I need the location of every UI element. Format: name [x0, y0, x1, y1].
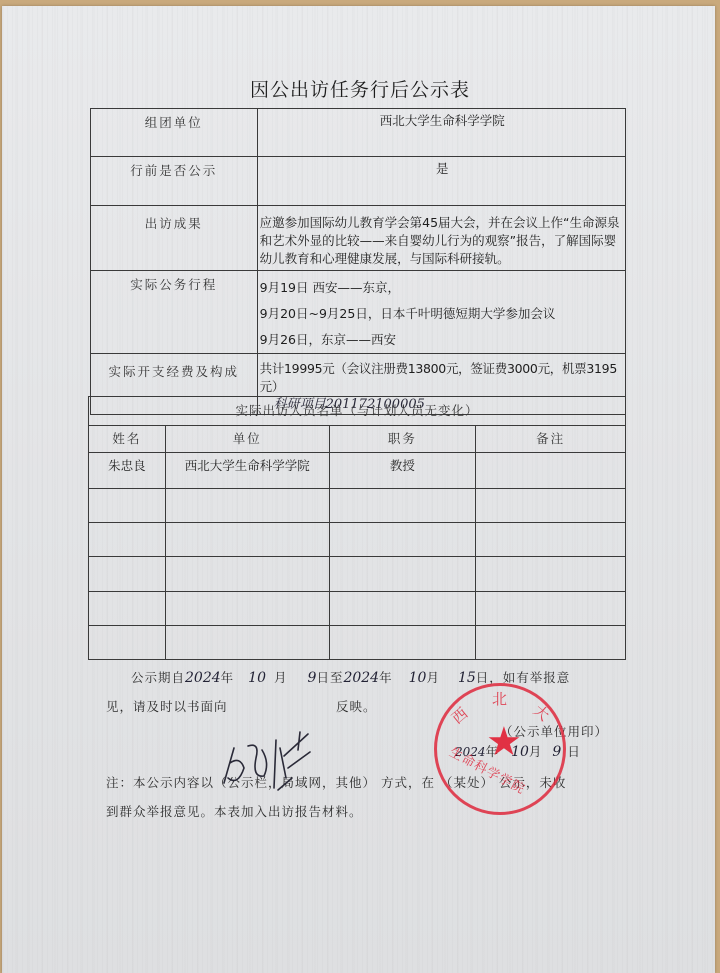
start-year-handwritten: 2024	[185, 670, 221, 686]
month-char: 月	[274, 670, 288, 685]
col-remarks: 备注	[476, 426, 626, 453]
personnel-table: 实际出访人员名单（与计划人员无变化） 姓名 单位 职务 备注 朱忠良 西北大学生…	[88, 396, 626, 660]
cell-position	[329, 626, 476, 660]
cell-unit	[165, 592, 329, 626]
label-itinerary: 实际公务行程	[91, 271, 258, 354]
end-month-handwritten: 10	[409, 670, 427, 686]
notice-mid: 日至	[316, 670, 343, 685]
cell-position	[329, 557, 476, 592]
cell-unit: 西北大学生命科学学院	[165, 453, 329, 489]
table-row	[89, 626, 626, 660]
notice-line-2a: 见，请及时以书面向	[106, 697, 228, 715]
label-organizer: 组团单位	[91, 109, 258, 157]
label-pre-publicized: 行前是否公示	[91, 157, 258, 206]
value-results: 应邀参加国际幼儿教育学会第45届大会，并在会议上作“生命源泉和艺术外显的比较——…	[257, 206, 625, 271]
year-char: 年	[379, 670, 393, 685]
document-title: 因公出访任务行后公示表	[0, 75, 720, 102]
end-year-handwritten: 2024	[343, 670, 379, 686]
cell-name	[89, 489, 166, 523]
value-organizer: 西北大学生命科学学院	[257, 109, 625, 157]
value-pre-publicized: 是	[257, 157, 625, 206]
value-itinerary: 9月19日 西安——东京， 9月20日~9月25日，日本千叶明德短期大学参加会议…	[257, 271, 625, 354]
cell-remarks	[476, 523, 626, 557]
cell-unit	[165, 523, 329, 557]
cell-name	[89, 523, 166, 557]
cell-name	[89, 557, 166, 592]
end-day-handwritten: 15	[458, 670, 476, 686]
info-table: 组团单位 西北大学生命科学学院 行前是否公示 是 出访成果 应邀参加国际幼儿教育…	[90, 108, 626, 415]
cell-name	[89, 592, 166, 626]
cell-remarks	[476, 557, 626, 592]
table-row: 朱忠良 西北大学生命科学学院 教授	[89, 453, 626, 489]
cell-remarks	[476, 592, 626, 626]
table-row	[89, 489, 626, 523]
signature-scribble	[220, 728, 315, 798]
day-char: 日	[567, 744, 581, 759]
label-results: 出访成果	[91, 206, 258, 271]
notice-line-2b: 反映。	[336, 697, 377, 715]
table-row	[89, 557, 626, 592]
cell-position	[329, 523, 476, 557]
cell-remarks	[476, 626, 626, 660]
cell-unit	[165, 626, 329, 660]
personnel-header-row: 姓名 单位 职务 备注	[89, 426, 626, 453]
itinerary-line-3: 9月26日，东京——西安	[260, 327, 625, 353]
cell-position: 教授	[329, 453, 476, 489]
row-itinerary: 实际公务行程 9月19日 西安——东京， 9月20日~9月25日，日本千叶明德短…	[91, 271, 626, 354]
cell-name	[89, 626, 166, 660]
cell-unit	[165, 489, 329, 523]
notice-prefix: 公示期自	[131, 670, 185, 685]
cell-unit	[165, 557, 329, 592]
itinerary-line-1: 9月19日 西安——东京，	[260, 275, 625, 301]
cell-remarks	[476, 489, 626, 523]
seal-char-2: 北	[492, 688, 507, 709]
table-row	[89, 592, 626, 626]
expenses-total: 共计19995元（会议注册费13800元，签证费3000元，机票3195元）	[260, 360, 625, 396]
table-row	[89, 523, 626, 557]
col-name: 姓名	[89, 426, 166, 453]
row-pre-publicized: 行前是否公示 是	[91, 157, 626, 206]
year-char: 年	[221, 670, 235, 685]
cell-name: 朱忠良	[89, 453, 166, 489]
row-results: 出访成果 应邀参加国际幼儿教育学会第45届大会，并在会议上作“生命源泉和艺术外显…	[91, 206, 626, 271]
col-position: 职务	[329, 426, 476, 453]
personnel-heading: 实际出访人员名单（与计划人员无变化）	[89, 397, 626, 426]
month-char: 月	[426, 670, 440, 685]
cell-remarks	[476, 453, 626, 489]
col-unit: 单位	[165, 426, 329, 453]
seal-star-icon: ★	[486, 722, 522, 762]
cell-position	[329, 489, 476, 523]
row-organizer: 组团单位 西北大学生命科学学院	[91, 109, 626, 157]
note-line-2: 到群众举报意见。本表加入出访报告材料。	[106, 802, 363, 820]
cell-position	[329, 592, 476, 626]
start-month-handwritten: 10	[248, 670, 266, 686]
itinerary-line-2: 9月20日~9月25日，日本千叶明德短期大学参加会议	[260, 301, 625, 327]
